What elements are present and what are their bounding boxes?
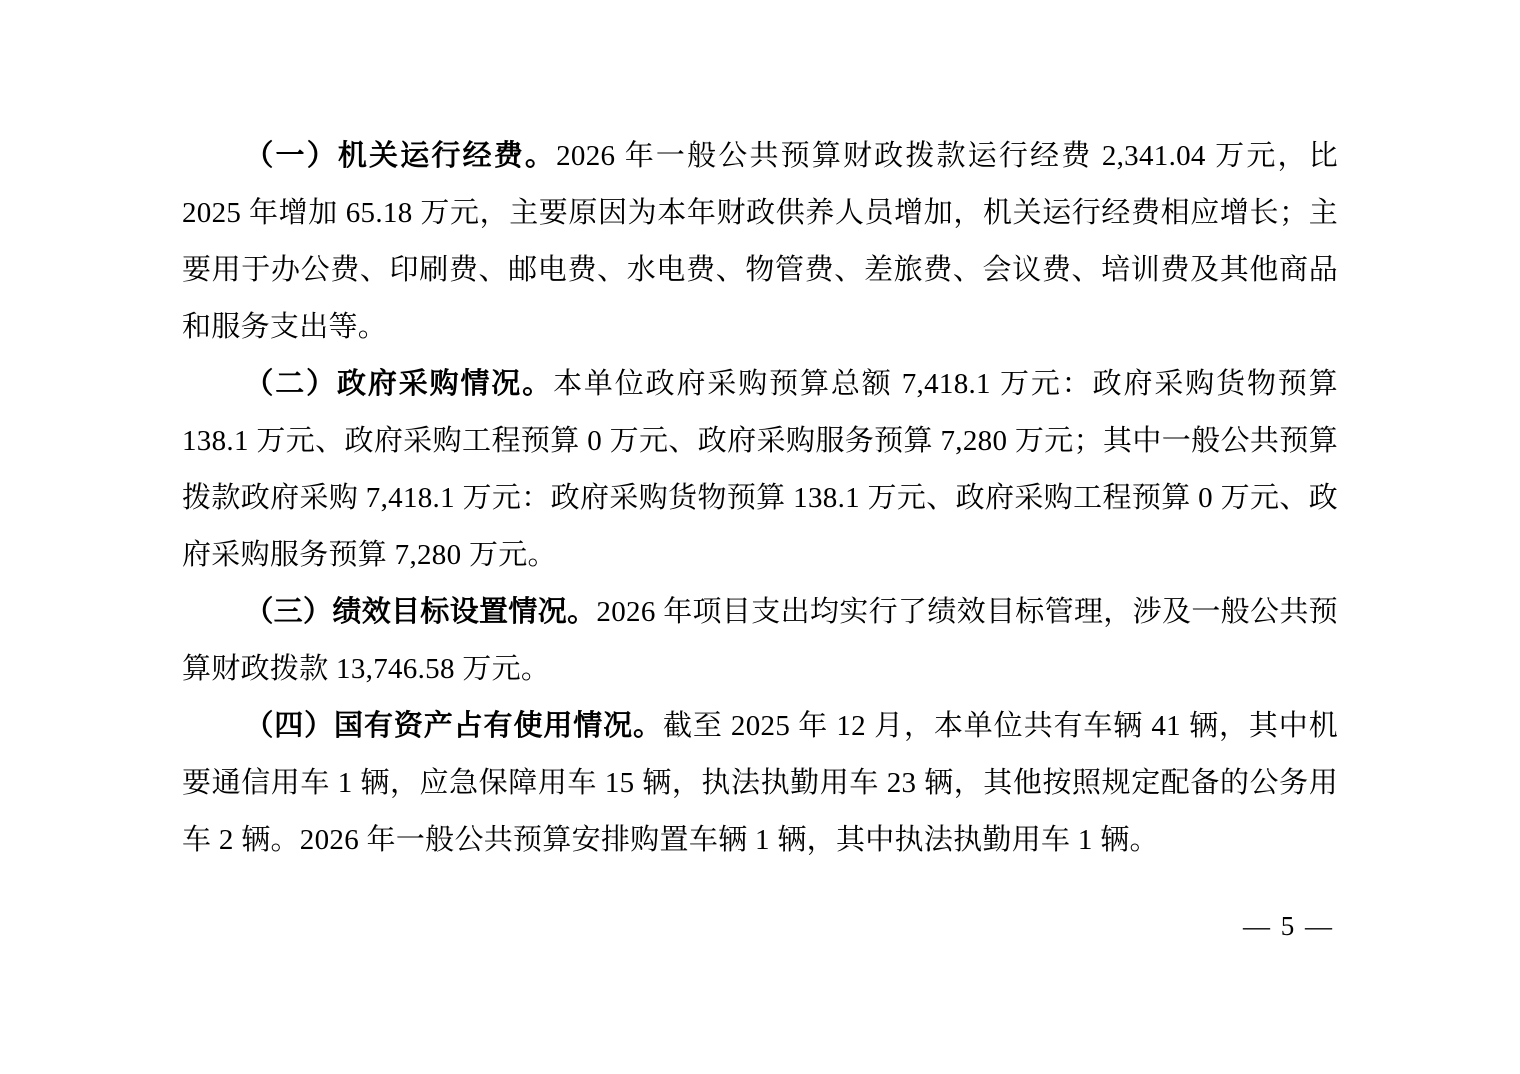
paragraph-state-owned-assets: （四）国有资产占有使用情况。截至 2025 年 12 月，本单位共有车辆 41 … <box>182 698 1338 869</box>
paragraph-government-procurement: （二）政府采购情况。本单位政府采购预算总额 7,418.1 万元：政府采购货物预… <box>182 356 1338 584</box>
document-page: （一）机关运行经费。2026 年一般公共预算财政拨款运行经费 2,341.04 … <box>0 0 1520 1074</box>
paragraph-agency-operating-funds: （一）机关运行经费。2026 年一般公共预算财政拨款运行经费 2,341.04 … <box>182 128 1338 356</box>
paragraph-heading: （三）绩效目标设置情况。 <box>244 596 596 628</box>
document-body: （一）机关运行经费。2026 年一般公共预算财政拨款运行经费 2,341.04 … <box>182 128 1338 869</box>
paragraph-heading: （二）政府采购情况。 <box>244 368 553 400</box>
paragraph-performance-targets: （三）绩效目标设置情况。2026 年项目支出均实行了绩效目标管理，涉及一般公共预… <box>182 584 1338 698</box>
page-number: — 5 — <box>1243 906 1334 946</box>
paragraph-heading: （一）机关运行经费。 <box>244 140 556 172</box>
paragraph-heading: （四）国有资产占有使用情况。 <box>244 710 663 742</box>
